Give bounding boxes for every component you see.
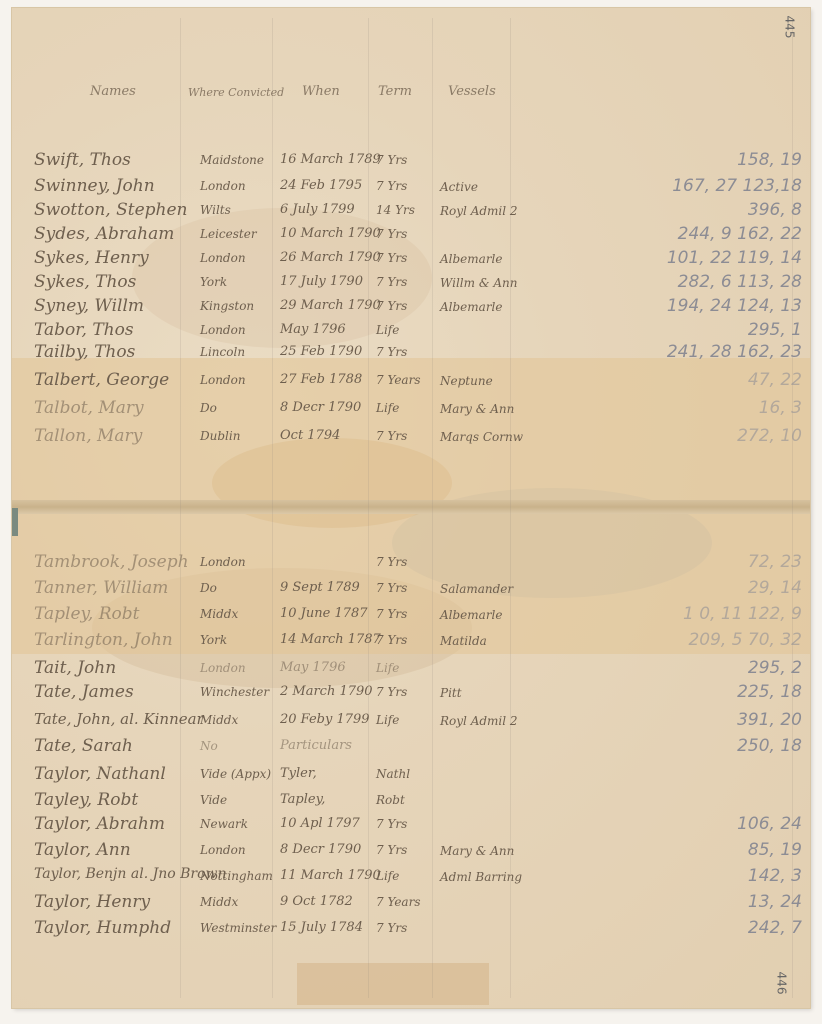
entry-row: Tailby, Thos Lincoln 25 Feb 1790 7 Yrs 2… [12,342,810,364]
ledger-page: Names Where Convicted When Term Vessels … [12,8,810,1008]
entry-row: Taylor, Nathanl Vide (Appx) Tyler, Nathl [12,764,810,786]
entry-row: Tate, John, al. Kinnear Middx 20 Feby 17… [12,710,810,732]
entry-row: Taylor, Henry Middx 9 Oct 1782 7 Years 1… [12,892,810,914]
entry-row: Talbot, Mary Do 8 Decr 1790 Life Mary & … [12,398,810,420]
entry-row: Tallon, Mary Dublin Oct 1794 7 Yrs Marqs… [12,426,810,448]
folio-number-top: 445 [782,16,796,39]
entry-row: Sykes, Henry London 26 March 1790 7 Yrs … [12,248,810,270]
entry-row: Syney, Willm Kingston 29 March 1790 7 Yr… [12,296,810,318]
header-vessels: Vessels [448,84,496,99]
repair-patch [297,963,489,1005]
entry-row: Talbert, George London 27 Feb 1788 7 Yea… [12,370,810,392]
entry-row: Swotton, Stephen Wilts 6 July 1799 14 Yr… [12,200,810,222]
entry-row: Sykes, Thos York 17 July 1790 7 Yrs Will… [12,272,810,294]
binding-tab [12,508,18,536]
entry-row: Sydes, Abraham Leicester 10 March 1790 7… [12,224,810,246]
entry-row: Swift, Thos Maidstone 16 March 1789 7 Yr… [12,150,810,172]
entry-row: Tate, James Winchester 2 March 1790 7 Yr… [12,682,810,704]
entry-row: Swinney, John London 24 Feb 1795 7 Yrs A… [12,176,810,198]
entry-row: Tapley, Robt Middx 10 June 1787 7 Yrs Al… [12,604,810,626]
header-where-convicted: Where Convicted [188,86,284,99]
header-when: When [302,84,340,99]
entry-row: Taylor, Ann London 8 Decr 1790 7 Yrs Mar… [12,840,810,862]
header-names: Names [90,84,136,99]
folio-number-bottom: 446 [774,972,788,995]
entry-row: Tate, Sarah No Particulars 250, 18 [12,736,810,758]
header-term: Term [378,84,412,99]
entry-row: Tayley, Robt Vide Tapley, Robt [12,790,810,812]
entry-row: Tambrook, Joseph London 7 Yrs 72, 23 [12,552,810,574]
entry-row: Tarlington, John York 14 March 1787 7 Yr… [12,630,810,652]
entry-row: Taylor, Humphd Westminster 15 July 1784 … [12,918,810,940]
entry-row: Tanner, William Do 9 Sept 1789 7 Yrs Sal… [12,578,810,600]
entry-row: Taylor, Abrahm Newark 10 Apl 1797 7 Yrs … [12,814,810,836]
page-fold [12,500,810,514]
entry-row: Taylor, Benjn al. Jno Brown Nottingham 1… [12,866,810,888]
entry-row: Tait, John London May 1796 Life 295, 2 [12,658,810,680]
entry-row: Tabor, Thos London May 1796 Life 295, 1 [12,320,810,342]
